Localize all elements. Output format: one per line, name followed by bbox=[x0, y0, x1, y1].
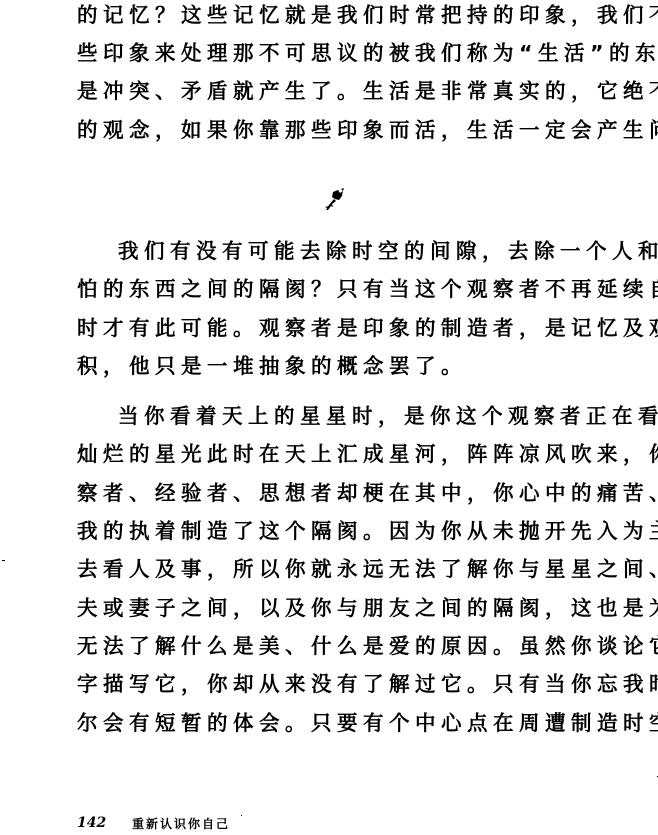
text-line: 我的执着制造了这个隔阂。因为你从未抛开先入为主的印象 bbox=[77, 518, 607, 544]
text-line: 字描写它，你却从来没有了解过它。只有当你忘我时，才偶 bbox=[77, 671, 607, 697]
scan-speck bbox=[241, 815, 242, 816]
text-line: 夫或妻子之间，以及你与朋友之间的隔阂，这也是为什么你 bbox=[77, 595, 607, 621]
page-number: 142 bbox=[77, 815, 106, 831]
text-line: 的记忆？这些记忆就是我们时常把持的印象，我们不断用这 bbox=[77, 2, 607, 28]
text-line: 时才有此可能。观察者是印象的制造者，是记忆及观念的累 bbox=[77, 315, 607, 341]
text-line: 积，他只是一堆抽象的概念罢了。 bbox=[77, 353, 607, 379]
page-footer: 142 重新认识你自己 bbox=[77, 815, 106, 831]
text-line: 灿烂的星光此时在天上汇成星河，阵阵凉风吹来，你这个观 bbox=[77, 441, 607, 467]
book-title: 重新认识你自己 bbox=[132, 815, 230, 832]
text-line: 去看人及事，所以你就永远无法了解你与星星之间、你与丈 bbox=[77, 556, 607, 582]
text-line: 的观念，如果你靠那些印象而活，生活一定会产生问题。 bbox=[77, 117, 607, 143]
flower-ornament-icon bbox=[320, 186, 350, 216]
text-line: 尔会有短暂的体会。只要有个中心点在周遭制造时空的间隙， bbox=[77, 710, 607, 736]
text-line: 怕的东西之间的隔阂？只有当这个观察者不再延续自我感觉 bbox=[77, 276, 607, 302]
text-line: 是冲突、矛盾就产生了。生活是非常真实的，它绝不是抽象 bbox=[77, 78, 607, 104]
text-line: 些印象来处理那不可思议的被我们称为“生活”的东西，于 bbox=[77, 40, 607, 66]
text-line: 我们有没有可能去除时空的间隙，去除一个人和他所害 bbox=[118, 238, 608, 264]
scan-speck bbox=[2, 560, 5, 561]
text-line: 当你看着天上的星星时，是你这个观察者正在看星星， bbox=[118, 403, 608, 429]
text-line: 察者、经验者、思想者却梗在其中，你心中的痛苦、你对自 bbox=[77, 480, 607, 506]
text-line: 无法了解什么是美、什么是爱的原因。虽然你谈论它、用文 bbox=[77, 633, 607, 659]
